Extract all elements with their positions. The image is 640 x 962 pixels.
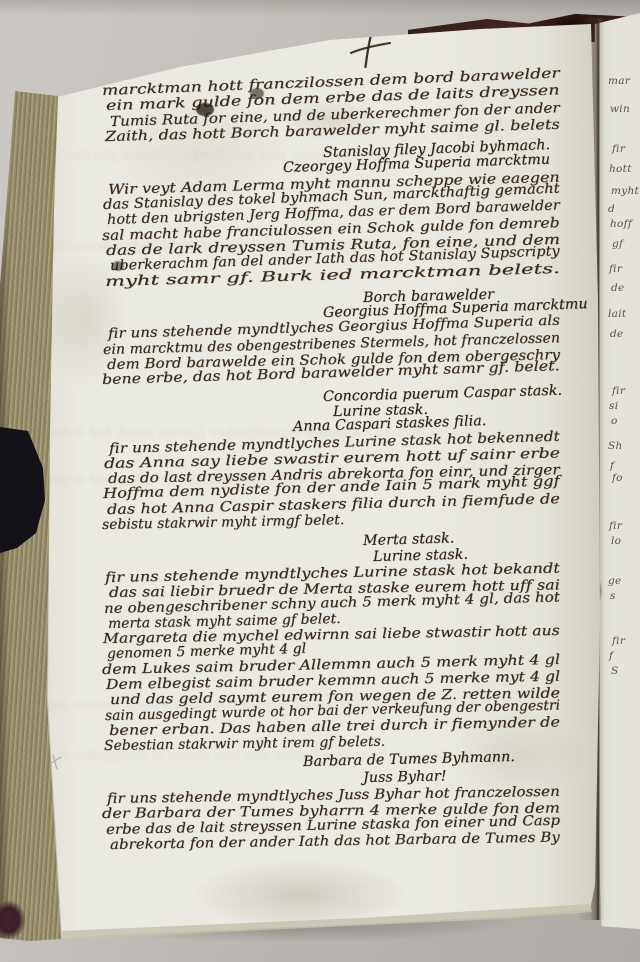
page-number-pencil: 302 xyxy=(48,40,98,74)
facing-page-fragment: myht xyxy=(611,185,639,197)
signature-group: Merta stask.Lurine stask. xyxy=(98,534,578,565)
cross-mark xyxy=(346,33,394,71)
signature-group: Barbara de Tumes Byhmann.Juss Byhar! xyxy=(98,755,578,786)
facing-page-fragment: de xyxy=(610,328,624,340)
facing-page-fragment: S xyxy=(611,665,619,677)
manuscript-line: myht samr gf. Burk ied marcktman belets. xyxy=(98,275,578,290)
ink-blot xyxy=(196,103,214,116)
facing-page-fragment: lo xyxy=(611,535,621,547)
facing-page-fragment: fir xyxy=(612,635,625,647)
facing-page-fragment: hoff xyxy=(610,218,632,230)
manuscript-paragraph: Wir veyt Adam Lerma myht mannu scheppe w… xyxy=(98,183,578,290)
facing-page-fragment: Sh xyxy=(608,440,623,452)
facing-page-fragment: si xyxy=(609,400,618,412)
facing-page-fragment: win xyxy=(610,103,630,115)
facing-page-fragment: fir xyxy=(612,385,625,397)
manuscript-paragraph: fir uns stehende myndtlyches Georgius Ho… xyxy=(98,327,578,388)
manuscript-line: abrekorta fon der ander Iath das hot Bar… xyxy=(98,838,578,853)
facing-page-fragment: f xyxy=(609,650,613,662)
manuscript-page: Tumis Ruta for eine, und de uberkerechme… xyxy=(0,0,640,962)
manuscript-text-block: marcktman hott franczilossen dem bord ba… xyxy=(98,84,578,853)
facing-page-fragment: fir xyxy=(612,143,625,155)
ink-blot xyxy=(250,88,264,99)
signature-line: Concordia puerum Caspar stask. xyxy=(98,390,578,405)
manuscript-paragraph: fir uns stehende myndtlyches Juss Byhar … xyxy=(98,792,578,853)
facing-page-fragment: de xyxy=(611,282,625,294)
manuscript-paragraph: marcktman hott franczilossen dem bord ba… xyxy=(98,84,578,145)
facing-page-fragment: hott xyxy=(609,163,632,175)
facing-page-fragment: d xyxy=(608,203,615,215)
facing-page-fragment: fir xyxy=(609,263,622,275)
facing-page-fragment: s xyxy=(610,590,616,602)
signature-line: Merta stask. xyxy=(98,534,578,549)
photo-frame: marwinfirhottmyhtdhoffgffirdelaitdefirsi… xyxy=(0,0,640,962)
facing-page-fragment: fo xyxy=(612,472,623,484)
manuscript-paragraph: fir uns stehende myndtlyches Lurine stas… xyxy=(98,571,578,755)
manuscript-paragraph: fir uns stehende myndtlyches Lurine stas… xyxy=(98,442,578,534)
signature-line: Barbara de Tumes Byhmann. xyxy=(98,755,578,770)
facing-page-fragment: f xyxy=(610,460,614,472)
facing-page-fragment: o xyxy=(611,415,618,427)
signature-group: Concordia puerum Caspar stask.Lurine sta… xyxy=(98,390,578,436)
facing-page-fragment: lait xyxy=(608,308,626,320)
ink-blot xyxy=(112,261,124,271)
facing-page-fragment: mar xyxy=(608,75,630,87)
facing-page-fragment: ge xyxy=(608,575,622,587)
facing-page-fragment: gf xyxy=(612,238,623,250)
manuscript-line: sebistu stakrwir myht irmgf belet. xyxy=(98,518,578,533)
facing-page-fragment: fir xyxy=(609,520,622,532)
